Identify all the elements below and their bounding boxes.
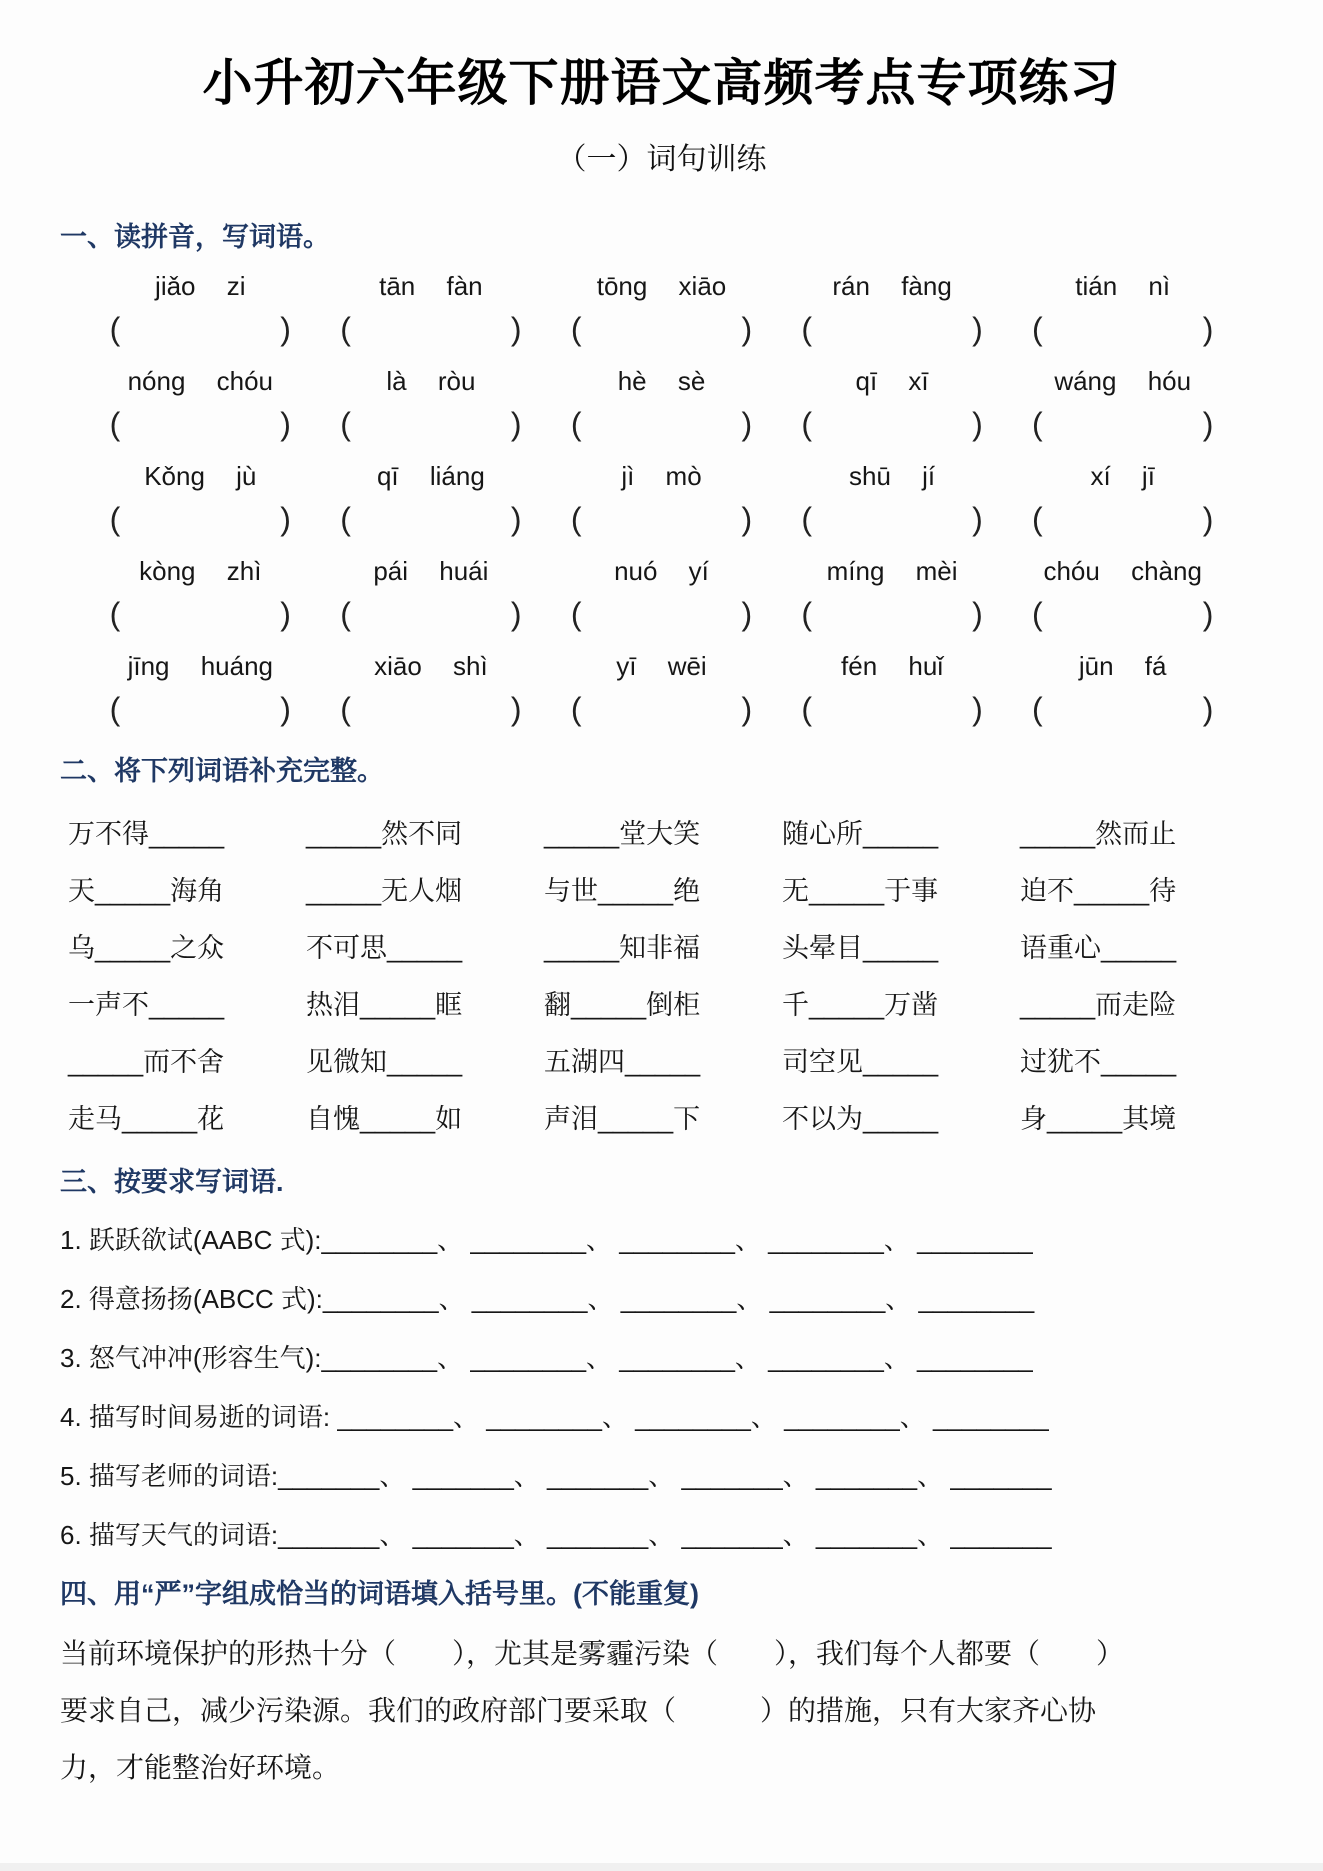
pinyin-answer-pair: Kǒng jù qī liáng jì mò shū jí xí jī ( ) … [85, 454, 1238, 549]
answer-paren-row: ( ) ( ) ( ) ( ) ( ) [85, 304, 1238, 354]
answer-blank-parens: ( ) [85, 304, 316, 354]
pinyin-row: jīng huáng xiāo shì yī wēi fén huǐ jūn f… [85, 644, 1238, 684]
answer-blank-parens: ( ) [546, 399, 777, 449]
answer-paren-row: ( ) ( ) ( ) ( ) ( ) [85, 589, 1238, 639]
write-words-item: 3. 怒气冲冲(形容生气):________、 ________、 ______… [60, 1343, 1323, 1373]
idiom-blank-item: 随心所_____ [782, 819, 1020, 849]
idiom-blank-item: 千_____万凿 [782, 990, 1020, 1020]
answer-blank-parens: ( ) [1007, 304, 1238, 354]
pinyin-word: là ròu [316, 359, 547, 399]
write-words-item: 1. 跃跃欲试(AABC 式):________、 ________、 ____… [60, 1225, 1323, 1255]
pinyin-word: nóng chóu [85, 359, 316, 399]
idiom-blank-item: 乌_____之众 [68, 933, 306, 963]
idiom-blank-item: 走马_____花 [68, 1104, 306, 1134]
pinyin-word: hè sè [546, 359, 777, 399]
pinyin-exercise-block: jiǎo zi tān fàn tōng xiāo rán fàng tián … [85, 264, 1238, 739]
page-subtitle: （一）词句训练 [0, 142, 1323, 178]
answer-blank-parens: ( ) [546, 684, 777, 734]
idiom-blank-item: 语重心_____ [1020, 933, 1258, 963]
answer-blank-parens: ( ) [546, 304, 777, 354]
answer-blank-parens: ( ) [1007, 684, 1238, 734]
idiom-blank-item: _____而走险 [1020, 990, 1258, 1020]
idiom-blank-item: 与世_____绝 [544, 876, 782, 906]
write-words-item: 4. 描写时间易逝的词语: ________、 ________、 ______… [60, 1402, 1323, 1432]
answer-blank-parens: ( ) [316, 399, 547, 449]
fill-bracket-paragraph: 当前环境保护的形热十分（ ），尤其是雾霾污染（ ），我们每个人都要（ ） 要求自… [60, 1639, 1263, 1783]
answer-blank-parens: ( ) [316, 494, 547, 544]
idiom-completion-grid: 万不得_____ _____然不同 _____堂大笑 随心所_____ ____… [68, 819, 1258, 1134]
pinyin-word: jì mò [546, 454, 777, 494]
pinyin-word: Kǒng jù [85, 454, 316, 494]
idiom-blank-item: 不以为_____ [782, 1104, 1020, 1134]
page-bottom-edge [0, 1863, 1323, 1871]
answer-blank-parens: ( ) [777, 399, 1008, 449]
write-words-item: 5. 描写老师的词语:_______、 _______、 _______、 __… [60, 1461, 1323, 1491]
idiom-blank-item: _____堂大笑 [544, 819, 782, 849]
pinyin-word: pái huái [316, 549, 547, 589]
pinyin-row: nóng chóu là ròu hè sè qī xī wáng hóu [85, 359, 1238, 399]
pinyin-word: tān fàn [316, 264, 547, 304]
answer-blank-parens: ( ) [316, 589, 547, 639]
pinyin-row: kòng zhì pái huái nuó yí míng mèi chóu c… [85, 549, 1238, 589]
paragraph-line: 要求自己，减少污染源。我们的政府部门要采取（ ）的措施，只有大家齐心协 [60, 1696, 1263, 1726]
idiom-blank-item: 五湖四_____ [544, 1047, 782, 1077]
pinyin-answer-pair: kòng zhì pái huái nuó yí míng mèi chóu c… [85, 549, 1238, 644]
answer-paren-row: ( ) ( ) ( ) ( ) ( ) [85, 684, 1238, 734]
idiom-blank-item: 司空见_____ [782, 1047, 1020, 1077]
answer-blank-parens: ( ) [85, 494, 316, 544]
page-title: 小升初六年级下册语文高频考点专项练习 [40, 52, 1283, 114]
paragraph-line: 力，才能整治好环境。 [60, 1753, 1263, 1783]
pinyin-word: qī xī [777, 359, 1008, 399]
answer-blank-parens: ( ) [777, 494, 1008, 544]
answer-paren-row: ( ) ( ) ( ) ( ) ( ) [85, 494, 1238, 544]
section-two-heading: 二、将下列词语补充完整。 [60, 756, 1323, 786]
answer-blank-parens: ( ) [777, 684, 1008, 734]
pinyin-word: xí jī [1007, 454, 1238, 494]
answer-paren-row: ( ) ( ) ( ) ( ) ( ) [85, 399, 1238, 449]
section-four-heading: 四、用“严”字组成恰当的词语填入括号里。(不能重复) [60, 1579, 1323, 1609]
idiom-blank-item: 天_____海角 [68, 876, 306, 906]
pinyin-word: qī liáng [316, 454, 547, 494]
idiom-blank-item: _____无人烟 [306, 876, 544, 906]
answer-blank-parens: ( ) [1007, 494, 1238, 544]
answer-blank-parens: ( ) [777, 304, 1008, 354]
pinyin-word: fén huǐ [777, 644, 1008, 684]
answer-blank-parens: ( ) [777, 589, 1008, 639]
pinyin-word: xiāo shì [316, 644, 547, 684]
pinyin-word: jīng huáng [85, 644, 316, 684]
pinyin-word: nuó yí [546, 549, 777, 589]
section-three-heading: 三、按要求写词语. [60, 1167, 1323, 1197]
answer-blank-parens: ( ) [316, 684, 547, 734]
pinyin-word: kòng zhì [85, 549, 316, 589]
idiom-blank-item: 万不得_____ [68, 819, 306, 849]
pinyin-word: tōng xiāo [546, 264, 777, 304]
answer-blank-parens: ( ) [85, 684, 316, 734]
idiom-blank-item: 迫不_____待 [1020, 876, 1258, 906]
idiom-blank-item: _____知非福 [544, 933, 782, 963]
idiom-blank-item: 头晕目_____ [782, 933, 1020, 963]
idiom-blank-item: _____而不舍 [68, 1047, 306, 1077]
answer-blank-parens: ( ) [85, 399, 316, 449]
section-one-heading: 一、读拼音，写词语。 [60, 222, 1323, 252]
pinyin-word: yī wēi [546, 644, 777, 684]
pinyin-answer-pair: jīng huáng xiāo shì yī wēi fén huǐ jūn f… [85, 644, 1238, 739]
idiom-blank-item: 热泪_____眶 [306, 990, 544, 1020]
answer-blank-parens: ( ) [1007, 589, 1238, 639]
pinyin-word: jiǎo zi [85, 264, 316, 304]
idiom-blank-item: 不可思_____ [306, 933, 544, 963]
idiom-blank-item: 无_____于事 [782, 876, 1020, 906]
answer-blank-parens: ( ) [316, 304, 547, 354]
idiom-blank-item: 自愧_____如 [306, 1104, 544, 1134]
idiom-blank-item: 身_____其境 [1020, 1104, 1258, 1134]
idiom-blank-item: 一声不_____ [68, 990, 306, 1020]
answer-blank-parens: ( ) [1007, 399, 1238, 449]
answer-blank-parens: ( ) [85, 589, 316, 639]
answer-blank-parens: ( ) [546, 589, 777, 639]
idiom-blank-item: _____然而止 [1020, 819, 1258, 849]
idiom-blank-item: 过犹不_____ [1020, 1047, 1258, 1077]
worksheet-page: 小升初六年级下册语文高频考点专项练习 （一）词句训练 一、读拼音，写词语。 ji… [0, 0, 1323, 1871]
pinyin-word: jūn fá [1007, 644, 1238, 684]
idiom-blank-item: 见微知_____ [306, 1047, 544, 1077]
pinyin-row: Kǒng jù qī liáng jì mò shū jí xí jī [85, 454, 1238, 494]
write-words-list: 1. 跃跃欲试(AABC 式):________、 ________、 ____… [60, 1225, 1323, 1550]
idiom-blank-item: 翻_____倒柜 [544, 990, 782, 1020]
write-words-item: 6. 描写天气的词语:_______、 _______、 _______、 __… [60, 1520, 1323, 1550]
pinyin-row: jiǎo zi tān fàn tōng xiāo rán fàng tián … [85, 264, 1238, 304]
pinyin-answer-pair: jiǎo zi tān fàn tōng xiāo rán fàng tián … [85, 264, 1238, 359]
pinyin-word: rán fàng [777, 264, 1008, 304]
idiom-blank-item: _____然不同 [306, 819, 544, 849]
paragraph-line: 当前环境保护的形热十分（ ），尤其是雾霾污染（ ），我们每个人都要（ ） [60, 1639, 1263, 1669]
pinyin-word: wáng hóu [1007, 359, 1238, 399]
pinyin-word: chóu chàng [1007, 549, 1238, 589]
pinyin-word: míng mèi [777, 549, 1008, 589]
pinyin-answer-pair: nóng chóu là ròu hè sè qī xī wáng hóu ( … [85, 359, 1238, 454]
pinyin-word: shū jí [777, 454, 1008, 494]
answer-blank-parens: ( ) [546, 494, 777, 544]
pinyin-word: tián nì [1007, 264, 1238, 304]
idiom-blank-item: 声泪_____下 [544, 1104, 782, 1134]
write-words-item: 2. 得意扬扬(ABCC 式):________、 ________、 ____… [60, 1284, 1323, 1314]
